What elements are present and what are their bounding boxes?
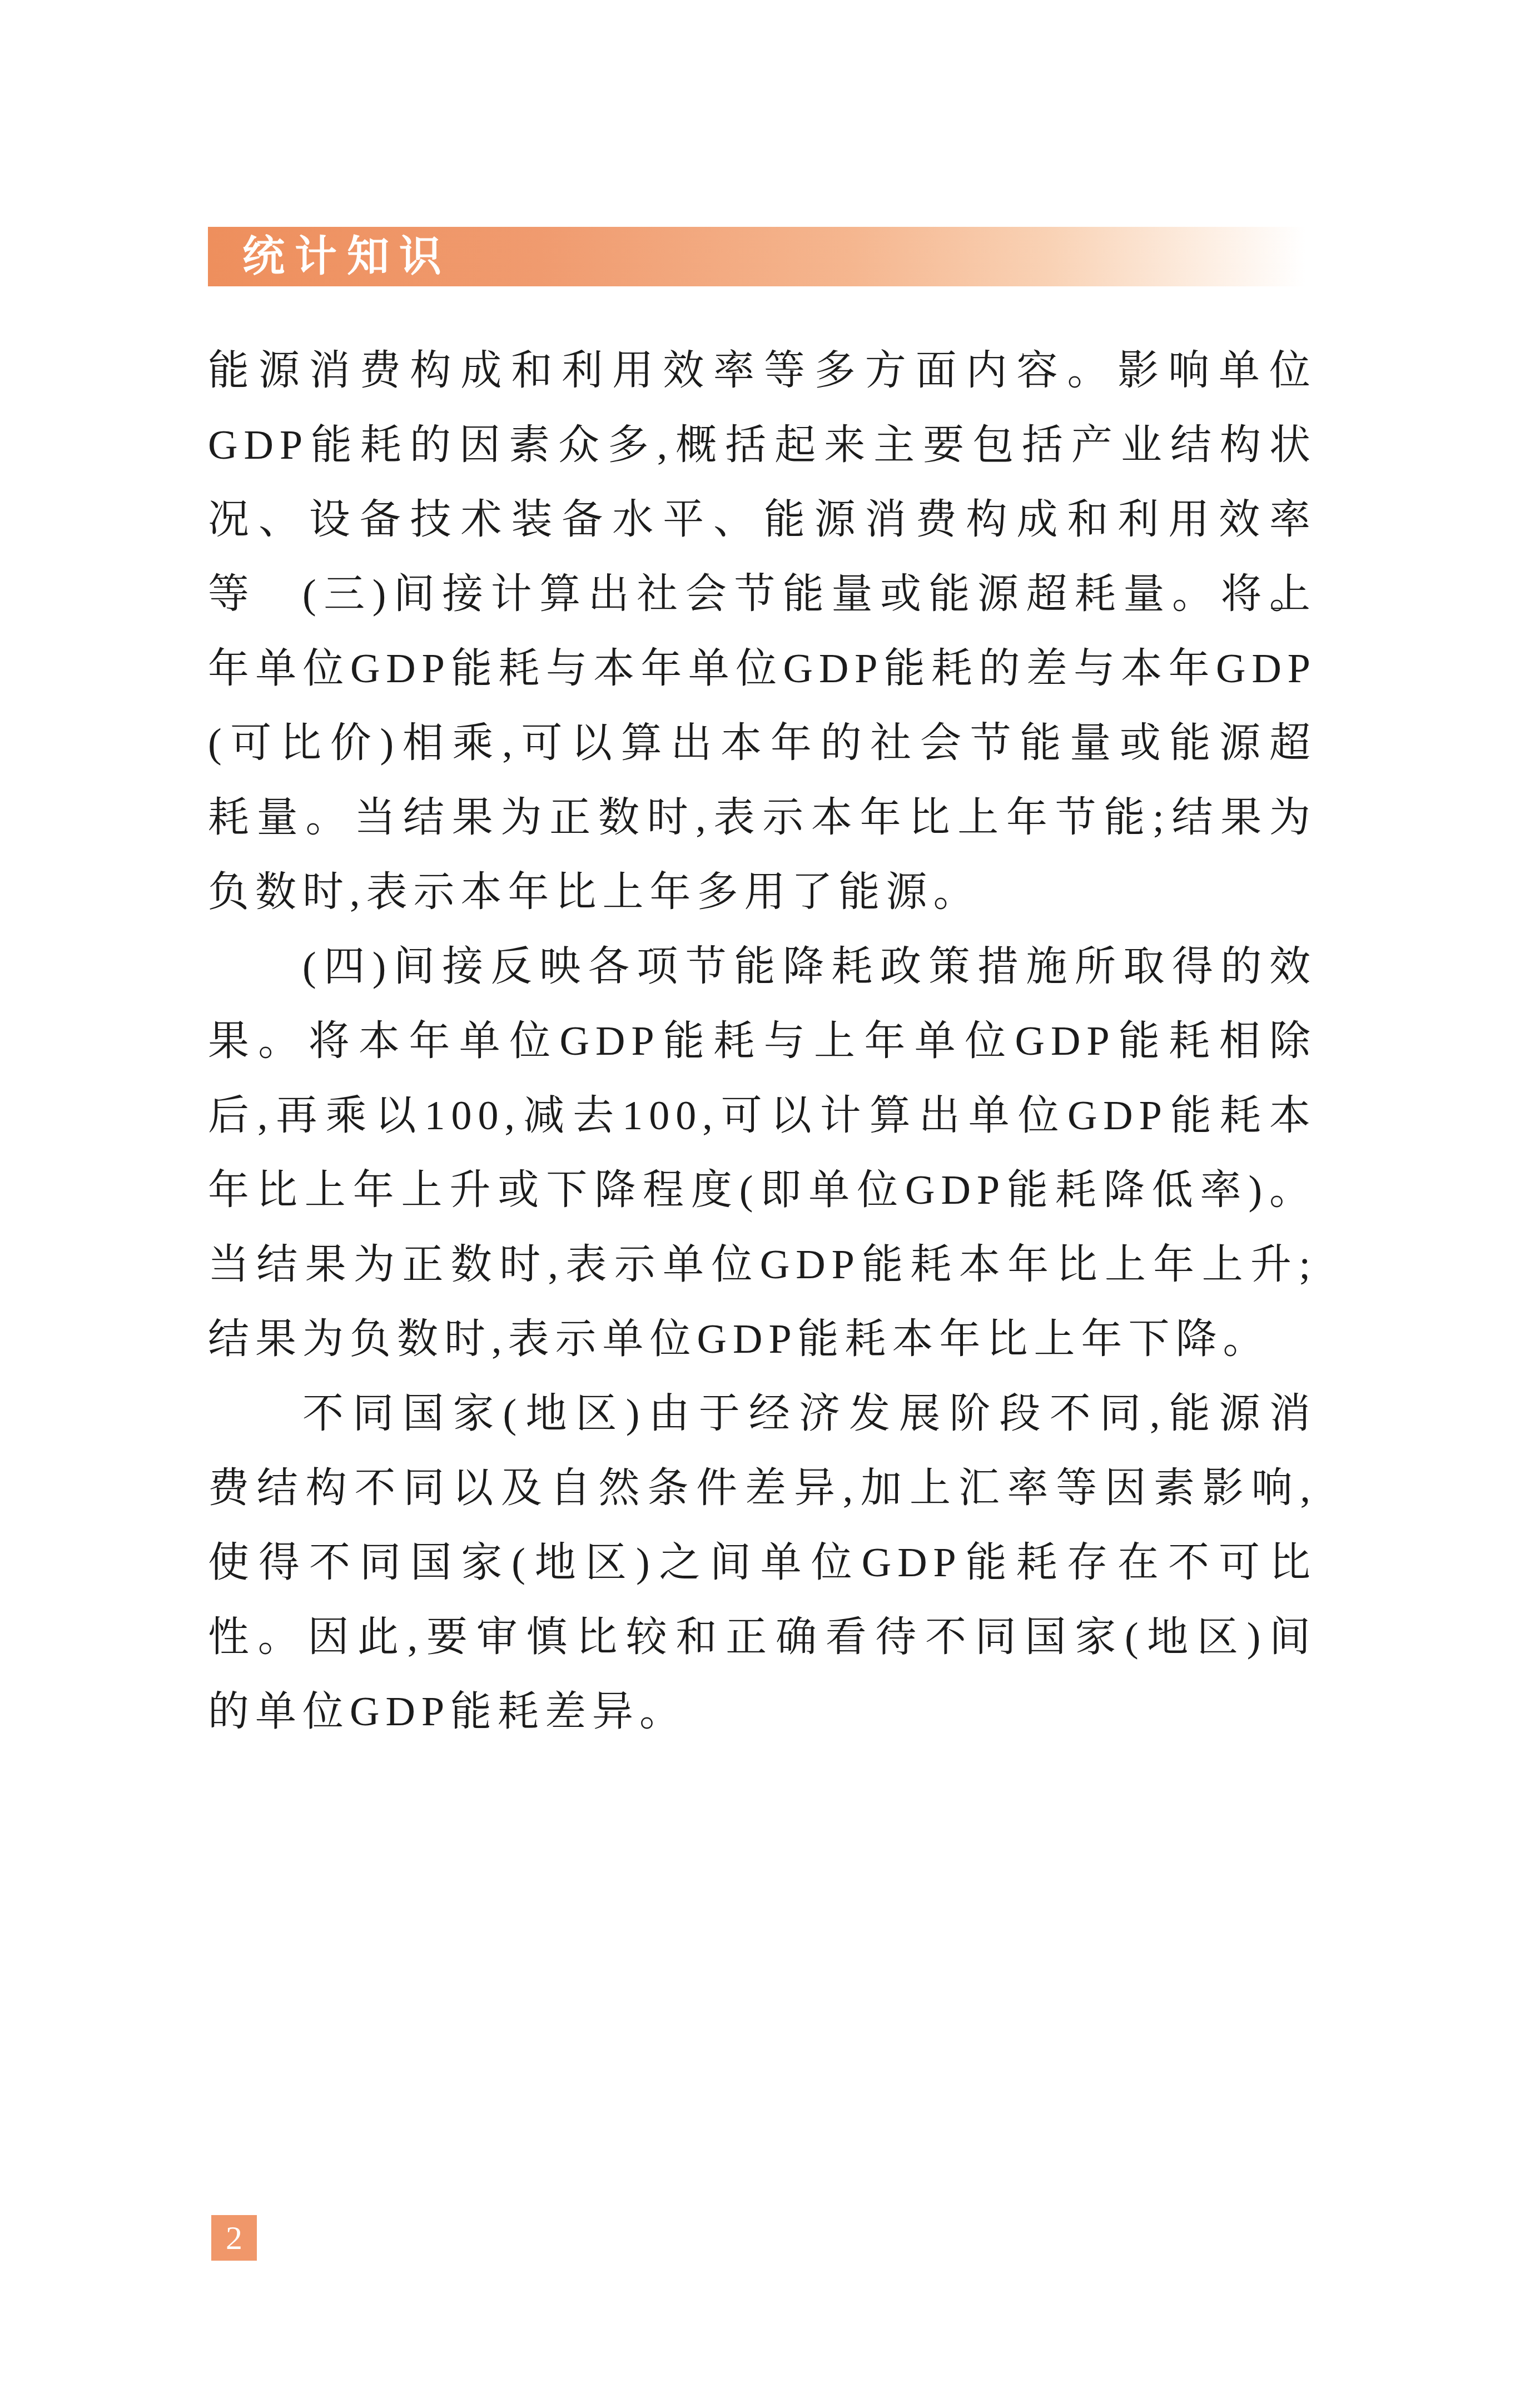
page-number: 2 <box>226 2221 242 2255</box>
body-text-line: 能源消费构成和利用效率等多方面内容。影响单位 <box>208 334 1317 408</box>
body-text-line: (可比价)相乘,可以算出本年的社会节能量或能源超 <box>208 706 1317 781</box>
body-text-line: 不同国家(地区)由于经济发展阶段不同,能源消 <box>208 1377 1317 1451</box>
body-text-line: (三)间接计算出社会节能量或能源超耗量。将上 <box>208 557 1317 632</box>
body-text-line: 费结构不同以及自然条件差异,加上汇率等因素影响, <box>208 1451 1317 1526</box>
body-text-line: 当结果为正数时,表示单位GDP能耗本年比上年上升; <box>208 1228 1317 1302</box>
body-text-line: 年单位GDP能耗与本年单位GDP能耗的差与本年GDP <box>208 632 1317 706</box>
body-text-line: 性。因此,要审慎比较和正确看待不同国家(地区)间 <box>208 1600 1317 1675</box>
body-text-line: 的单位GDP能耗差异。 <box>208 1675 1317 1749</box>
body-text-line: 后,再乘以100,减去100,可以计算出单位GDP能耗本 <box>208 1079 1317 1153</box>
body-text: 能源消费构成和利用效率等多方面内容。影响单位GDP能耗的因素众多,概括起来主要包… <box>208 334 1317 1749</box>
body-text-line: GDP能耗的因素众多,概括起来主要包括产业结构状 <box>208 408 1317 483</box>
body-text-line: 负数时,表示本年比上年多用了能源。 <box>208 855 1317 930</box>
body-text-line: 使得不同国家(地区)之间单位GDP能耗存在不可比 <box>208 1526 1317 1600</box>
body-text-line: 结果为负数时,表示单位GDP能耗本年比上年下降。 <box>208 1302 1317 1377</box>
body-text-line: 耗量。当结果为正数时,表示本年比上年节能;结果为 <box>208 781 1317 855</box>
body-text-line: 况、设备技术装备水平、能源消费构成和利用效率等。 <box>208 483 1317 557</box>
body-text-line: (四)间接反映各项节能降耗政策措施所取得的效 <box>208 930 1317 1004</box>
section-header-banner: 统计知识 <box>208 227 1317 286</box>
page-number-badge: 2 <box>211 2215 257 2261</box>
body-text-line: 果。将本年单位GDP能耗与上年单位GDP能耗相除 <box>208 1004 1317 1079</box>
section-title: 统计知识 <box>208 236 451 278</box>
body-text-line: 年比上年上升或下降程度(即单位GDP能耗降低率)。 <box>208 1153 1317 1228</box>
